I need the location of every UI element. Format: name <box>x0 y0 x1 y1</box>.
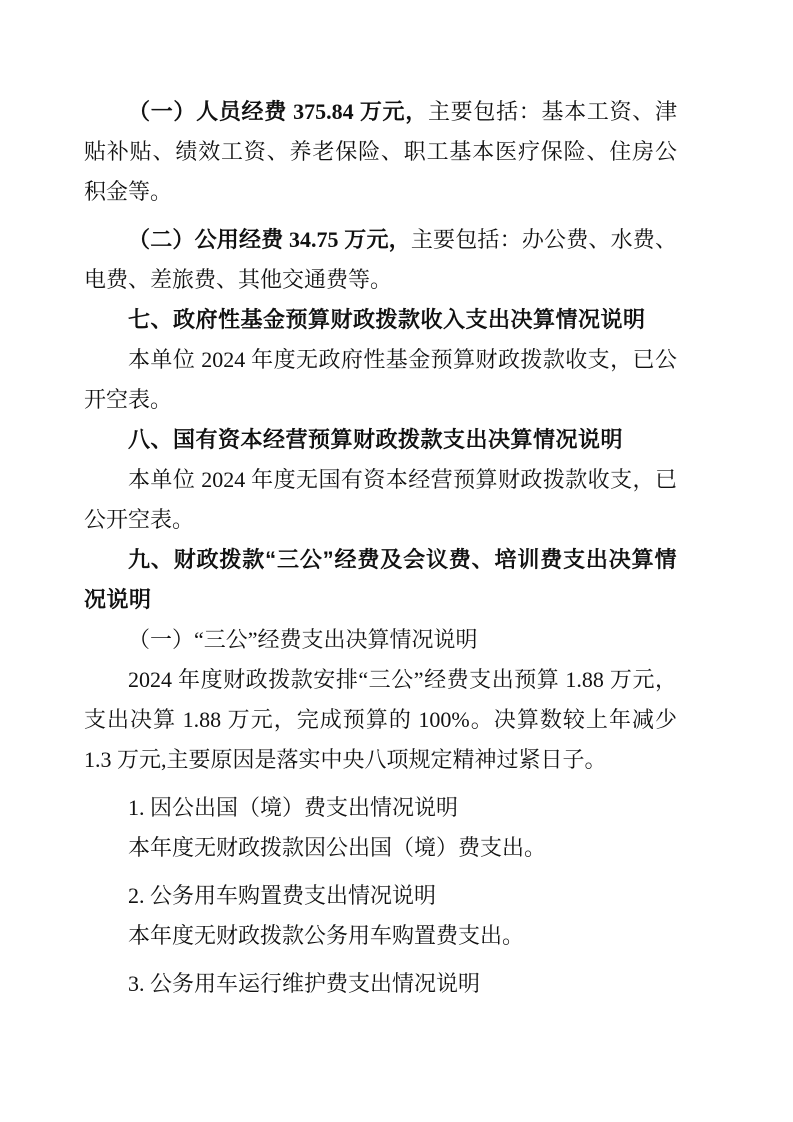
item-2-title: 2. 公务用车购置费支出情况说明 <box>84 876 677 916</box>
item-3-title: 3. 公务用车运行维护费支出情况说明 <box>84 964 677 1004</box>
public-expense-lead: （二）公用经费 34.75 万元， <box>128 227 411 252</box>
item-2-body: 本年度无财政拨款公务用车购置费支出。 <box>84 916 677 956</box>
document-page: （一）人员经费 375.84 万元，主要包括：基本工资、津贴补贴、绩效工资、养老… <box>0 0 793 1122</box>
paragraph-personnel-expense: （一）人员经费 375.84 万元，主要包括：基本工资、津贴补贴、绩效工资、养老… <box>84 92 677 212</box>
section-7-body: 本单位 2024 年度无政府性基金预算财政拨款收支，已公开空表。 <box>84 340 677 420</box>
section-9-sub1-heading: （一）“三公”经费支出决算情况说明 <box>84 620 677 660</box>
paragraph-public-expense: （二）公用经费 34.75 万元，主要包括：办公费、水费、电费、差旅费、其他交通… <box>84 220 677 300</box>
section-heading-8: 八、国有资本经营预算财政拨款支出决算情况说明 <box>84 420 677 460</box>
item-1-title: 1. 因公出国（境）费支出情况说明 <box>84 788 677 828</box>
personnel-expense-lead: （一）人员经费 375.84 万元， <box>128 99 428 124</box>
section-heading-9: 九、财政拨款“三公”经费及会议费、培训费支出决算情况说明 <box>84 540 677 620</box>
section-heading-7: 七、政府性基金预算财政拨款收入支出决算情况说明 <box>84 300 677 340</box>
section-9-sub1-body: 2024 年度财政拨款安排“三公”经费支出预算 1.88 万元，支出决算 1.8… <box>84 660 677 780</box>
item-1-body: 本年度无财政拨款因公出国（境）费支出。 <box>84 828 677 868</box>
section-8-body: 本单位 2024 年度无国有资本经营预算财政拨款收支，已公开空表。 <box>84 460 677 540</box>
